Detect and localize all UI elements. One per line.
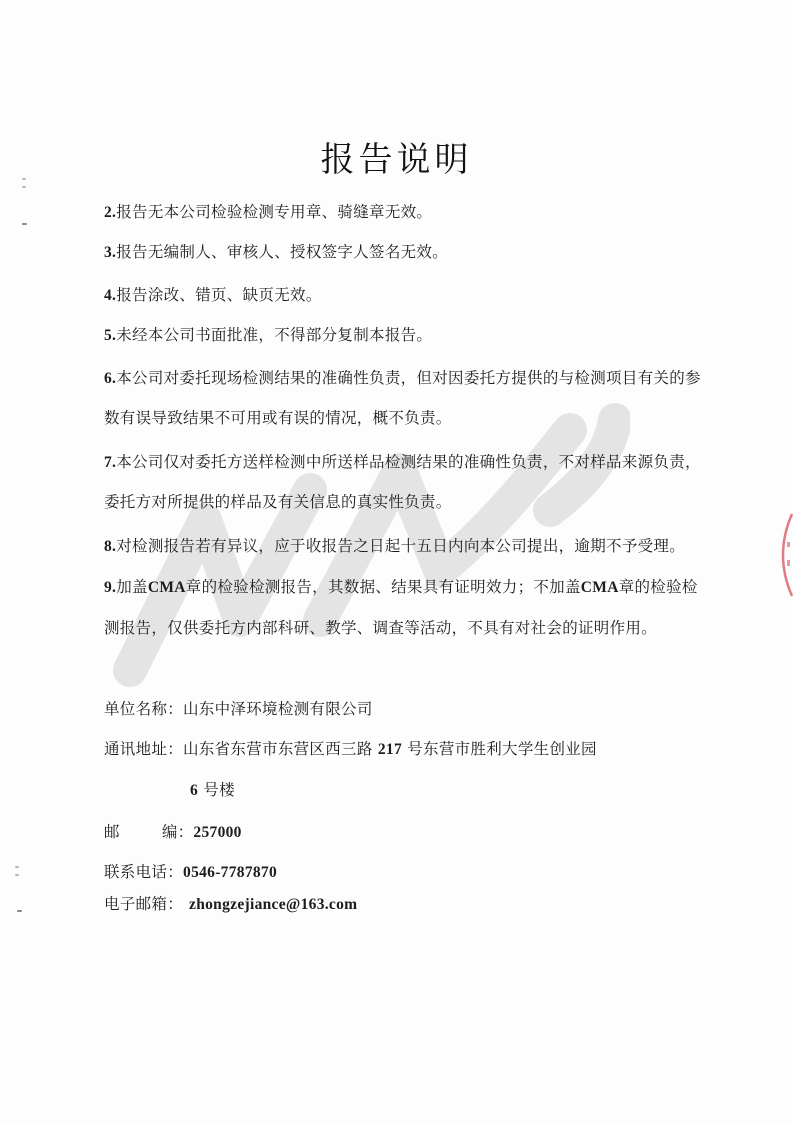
clause-text: 本公司仅对委托方送样检测中所送样品检测结果的准确性负责，不对样品来源负责，	[116, 453, 701, 471]
unit-name-value: 山东中泽环境检测有限公司	[183, 700, 373, 718]
clause-6: 6.本公司对委托现场检测结果的准确性负责，但对因委托方提供的与检测项目有关的参	[104, 368, 701, 389]
clause-number: 7.	[104, 454, 116, 471]
document-page: 报告说明 2.报告无本公司检验检测专用章、骑缝章无效。 3.报告无编制人、审核人…	[0, 0, 793, 1122]
clause-text: 章的检验检	[619, 578, 698, 596]
clause-text: 章的检验检测报告，其数据、结果具有证明效力；不加盖	[186, 578, 581, 596]
clause-4: 4.报告涂改、错页、缺页无效。	[104, 285, 322, 306]
address-row-2: 6 号楼	[190, 780, 235, 801]
scan-artifact	[15, 874, 19, 876]
partial-seal-icon	[779, 510, 793, 600]
clause-3: 3.报告无编制人、审核人、授权签字人签名无效。	[104, 242, 448, 263]
clause-text: 本公司对委托现场检测结果的准确性负责，但对因委托方提供的与检测项目有关的参	[116, 369, 701, 387]
clause-8: 8.对检测报告若有异议，应于收报告之日起十五日内向本公司提出，逾期不予受理。	[104, 536, 685, 557]
clause-number: 3.	[104, 244, 116, 261]
clause-9: 9.加盖CMA章的检验检测报告，其数据、结果具有证明效力；不加盖CMA章的检验检	[104, 577, 698, 598]
clause-text: 报告无编制人、审核人、授权签字人签名无效。	[116, 243, 448, 261]
clause-number: 9.	[104, 579, 116, 596]
page-title: 报告说明	[0, 132, 793, 181]
clause-6-continuation: 数有误导致结果不可用或有误的情况，概不负责。	[104, 408, 452, 428]
address-street-number: 217	[378, 741, 402, 758]
postcode-row: 邮编：257000	[104, 822, 242, 843]
clause-text: 对检测报告若有异议，应于收报告之日起十五日内向本公司提出，逾期不予受理。	[116, 537, 685, 555]
postcode-label-part2: 编：	[162, 823, 194, 841]
clause-number: 2.	[104, 204, 116, 221]
email-label: 电子邮箱：	[104, 895, 183, 913]
clause-7: 7.本公司仅对委托方送样检测中所送样品检测结果的准确性负责，不对样品来源负责，	[104, 452, 701, 473]
phone-label: 联系电话：	[104, 863, 183, 881]
clause-number: 4.	[104, 287, 116, 304]
scan-artifact	[15, 866, 19, 868]
scan-artifact	[17, 910, 22, 912]
address-value-part1: 山东省东营市东营区西三路	[183, 740, 373, 758]
scan-artifact	[22, 178, 26, 180]
postcode-label-part1: 邮	[104, 823, 120, 841]
clause-number: 6.	[104, 370, 116, 387]
email-row: 电子邮箱：zhongzejiance@163.com	[104, 894, 357, 915]
address-label: 通讯地址：	[104, 740, 183, 758]
address-value-part2: 号东营市胜利大学生创业园	[407, 740, 597, 758]
phone-row: 联系电话：0546-7787870	[104, 862, 277, 883]
phone-value: 0546-7787870	[183, 864, 277, 881]
clause-text: 加盖	[116, 578, 148, 596]
clause-text: 未经本公司书面批准，不得部分复制本报告。	[116, 326, 432, 344]
unit-name-label: 单位名称：	[104, 700, 183, 718]
clause-9-continuation: 测报告，仅供委托方内部科研、教学、调查等活动，不具有对社会的证明作用。	[104, 618, 657, 638]
building-label: 号楼	[203, 781, 235, 799]
cma-mark-text: CMA	[148, 579, 186, 596]
clause-number: 5.	[104, 327, 116, 344]
clause-7-continuation: 委托方对所提供的样品及有关信息的真实性负责。	[104, 492, 452, 512]
clause-2: 2.报告无本公司检验检测专用章、骑缝章无效。	[104, 202, 432, 223]
postcode-value: 257000	[193, 824, 241, 841]
scan-artifact	[22, 223, 27, 225]
clause-text: 报告无本公司检验检测专用章、骑缝章无效。	[116, 203, 432, 221]
clause-text: 报告涂改、错页、缺页无效。	[116, 286, 321, 304]
email-value: zhongzejiance@163.com	[189, 896, 357, 913]
address-row: 通讯地址：山东省东营市东营区西三路 217 号东营市胜利大学生创业园	[104, 739, 597, 760]
clause-number: 8.	[104, 538, 116, 555]
building-number: 6	[190, 782, 198, 799]
clause-5: 5.未经本公司书面批准，不得部分复制本报告。	[104, 325, 432, 346]
cma-mark-text: CMA	[581, 579, 619, 596]
unit-name-row: 单位名称：山东中泽环境检测有限公司	[104, 699, 373, 719]
scan-artifact	[22, 186, 26, 188]
